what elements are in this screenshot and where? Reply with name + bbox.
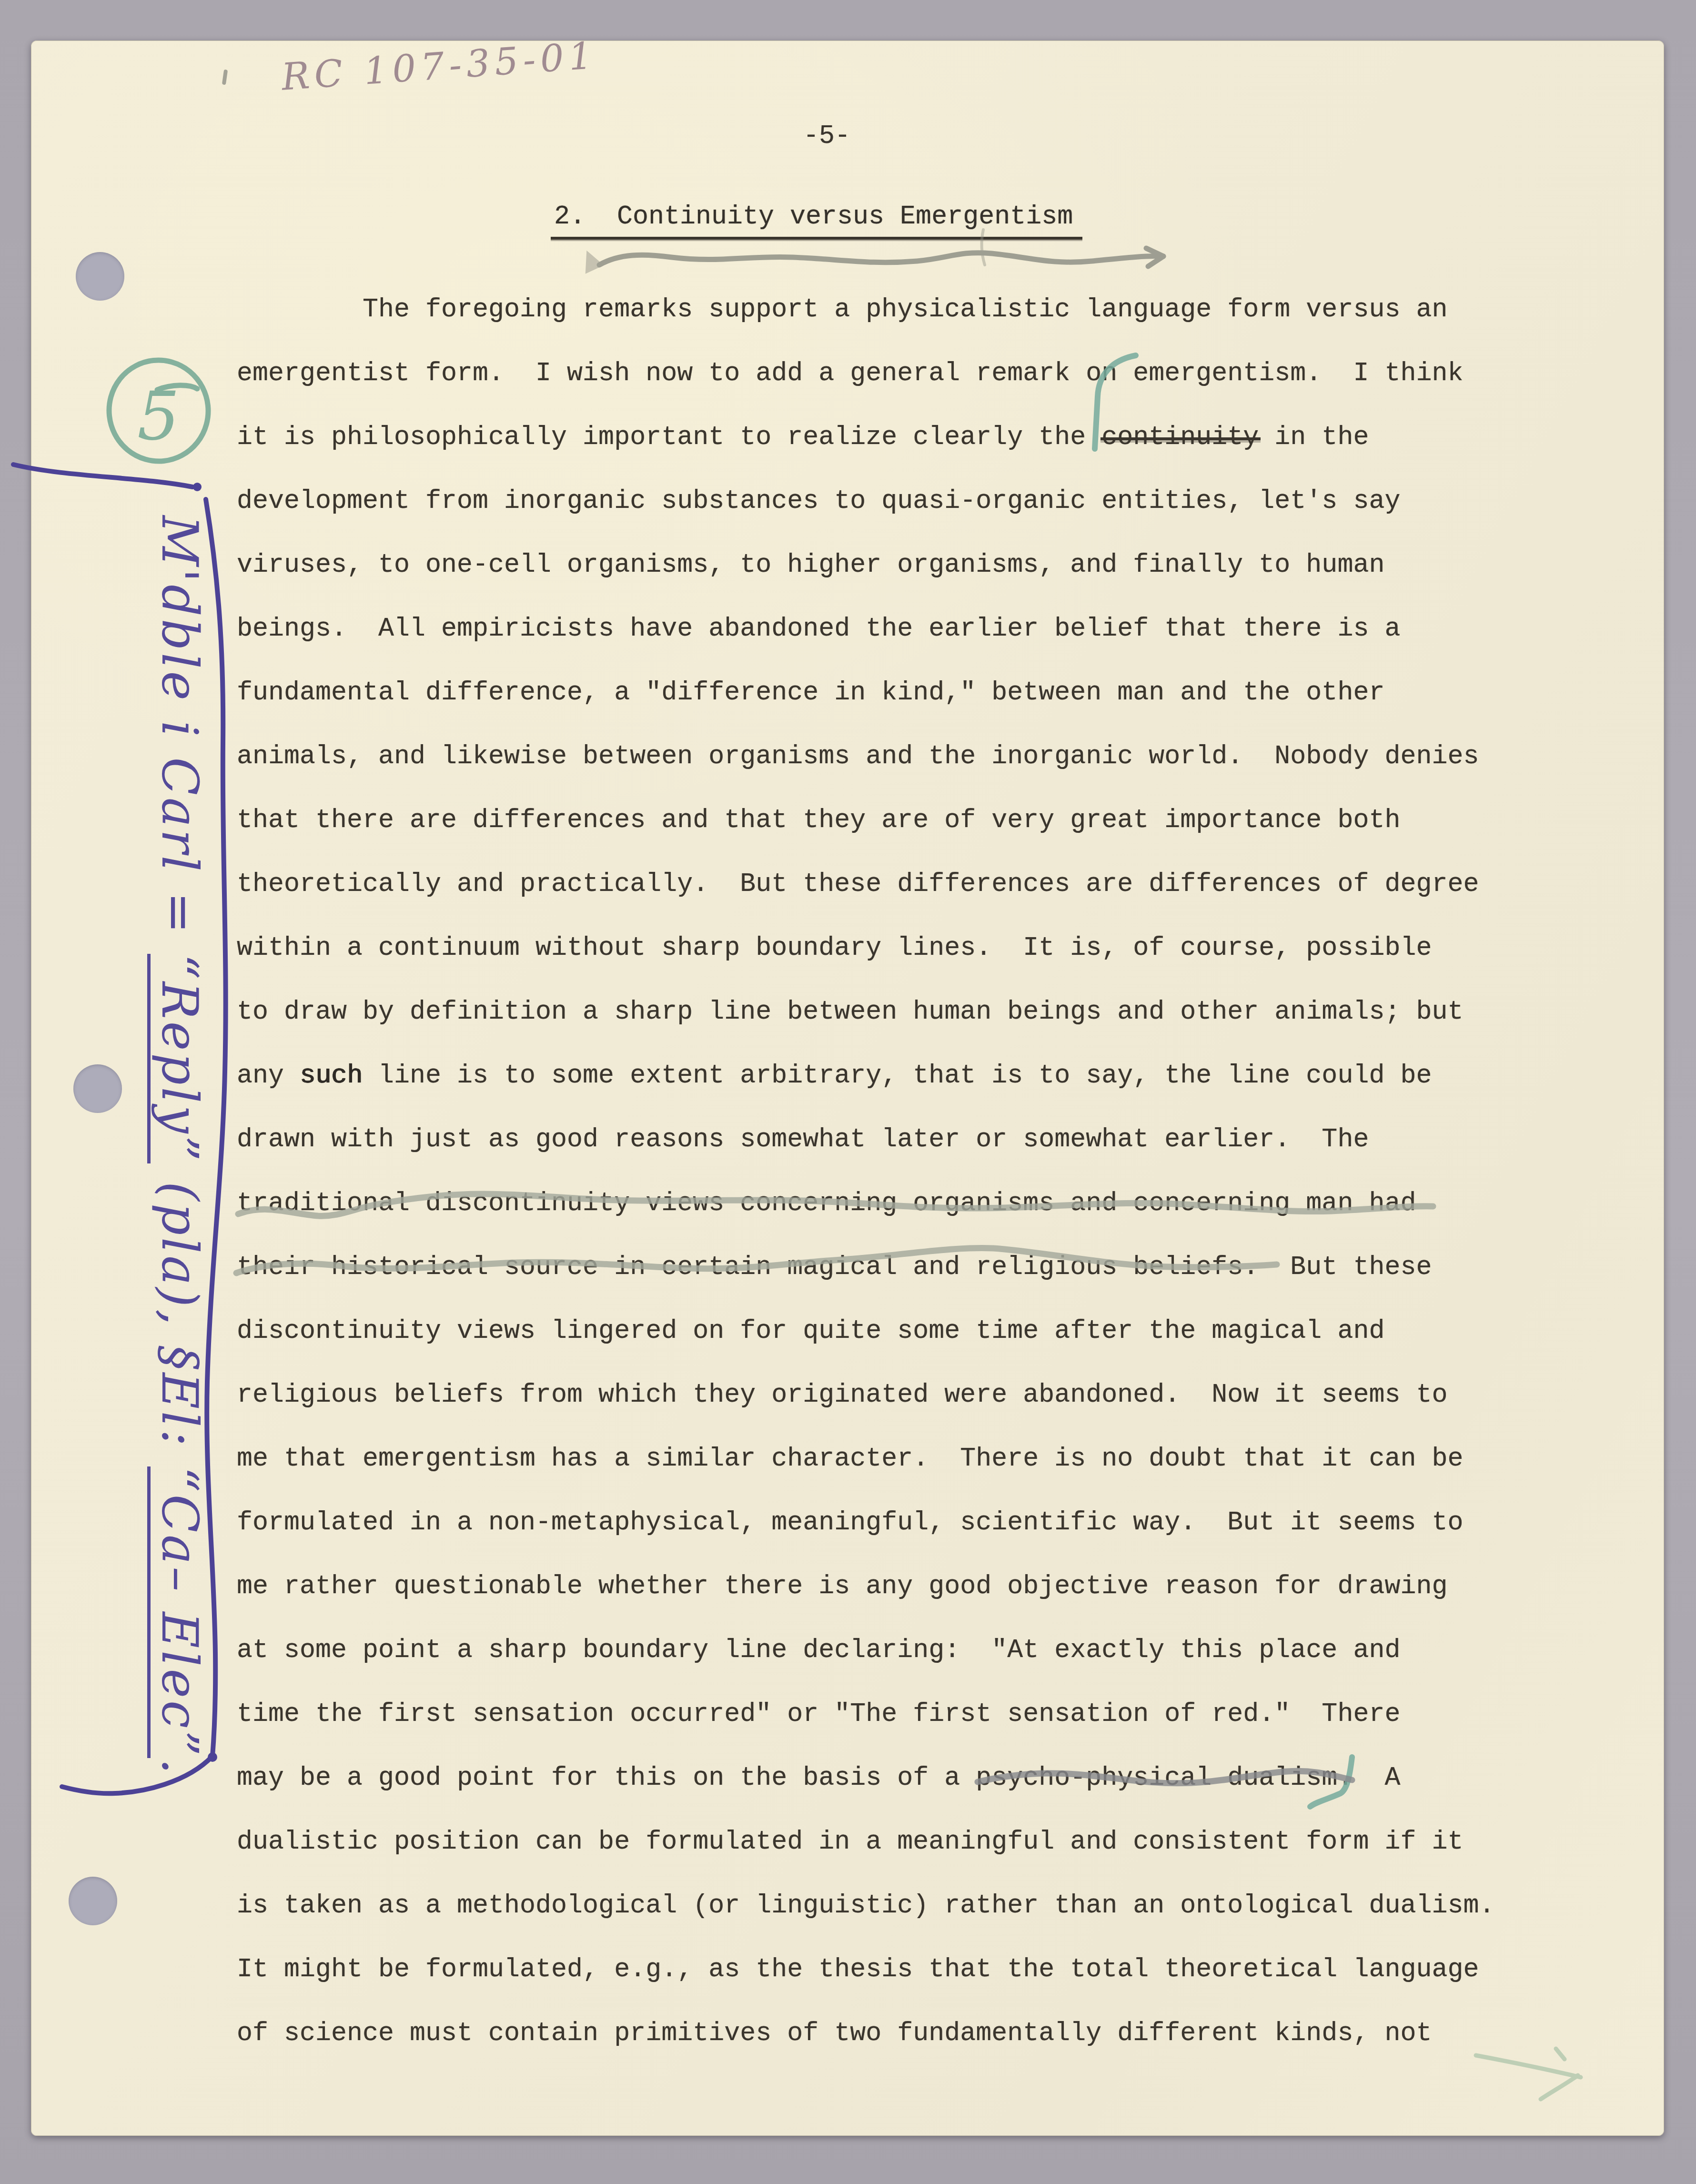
typed-line: development from inorganic substances to… [237, 469, 1494, 533]
typed-line: It might be formulated, e.g., as the the… [237, 1938, 1494, 2002]
heading-typed-underline [551, 237, 1082, 240]
typed-line: me that emergentism has a similar charac… [237, 1427, 1494, 1491]
typed-line: that there are differences and that they… [237, 789, 1494, 852]
typed-line: of science must contain primitives of tw… [237, 2002, 1494, 2065]
scanned-document-page: { "archive_stamp": "RC 107-35-01", "page… [0, 0, 1696, 2184]
typed-line: their historical source in certain magic… [237, 1235, 1494, 1299]
typed-line: to draw by definition a sharp line betwe… [237, 980, 1494, 1044]
margin-note-underlined-reply: “Reply” [147, 954, 209, 1163]
typed-line: time the first sensation occurred" or "T… [237, 1682, 1494, 1746]
typed-line: at some point a sharp boundary line decl… [237, 1618, 1494, 1682]
typed-lines: The foregoing remarks support a physical… [237, 278, 1494, 2065]
typed-line: any such line is to some extent arbitrar… [237, 1044, 1494, 1108]
overtyped-word: such [300, 1044, 363, 1108]
typed-line: formulated in a non-metaphysical, meanin… [237, 1491, 1494, 1555]
punch-hole-top [76, 252, 124, 301]
typed-line: discontinuity views lingered on for quit… [237, 1299, 1494, 1363]
typed-line: is taken as a methodological (or linguis… [237, 1874, 1494, 1938]
typed-line: dualistic position can be formulated in … [237, 1810, 1494, 1874]
typed-line: animals, and likewise between organisms … [237, 725, 1494, 789]
typed-line: viruses, to one-cell organisms, to highe… [237, 533, 1494, 597]
typed-line: traditional discontinuity views concerni… [237, 1172, 1494, 1235]
typed-line: fundamental difference, a "difference in… [237, 661, 1494, 725]
typed-line: theoretically and practically. But these… [237, 852, 1494, 916]
typed-line: within a continuum without sharp boundar… [237, 916, 1494, 980]
typed-line: drawn with just as good reasons somewhat… [237, 1108, 1494, 1172]
punch-hole-middle [73, 1064, 122, 1113]
section-heading: 2. Continuity versus Emergentism [554, 202, 1073, 232]
punch-hole-bottom [69, 1877, 117, 1925]
typed-line: beings. All empiricists have abandoned t… [237, 597, 1494, 661]
page-number: -5- [803, 121, 850, 151]
typed-line: may be a good point for this on the basi… [237, 1746, 1494, 1810]
typed-line: emergentist form. I wish now to add a ge… [237, 342, 1494, 405]
typed-line: it is philosophically important to reali… [237, 405, 1494, 469]
typed-line: religious beliefs from which they origin… [237, 1363, 1494, 1427]
margin-note-underlined-elec: “Ca– Elec” [147, 1466, 209, 1758]
margin-note-text: . [151, 1758, 209, 1776]
typed-line: The foregoing remarks support a physical… [237, 278, 1494, 342]
margin-note-text: (pla), §El: [151, 1163, 209, 1466]
margin-note-text: M'dble i Carl = [151, 516, 209, 954]
margin-handwritten-note: M'dble i Carl = “Reply” (pla), §El: “Ca–… [143, 516, 215, 1728]
typed-line: me rather questionable whether there is … [237, 1555, 1494, 1618]
